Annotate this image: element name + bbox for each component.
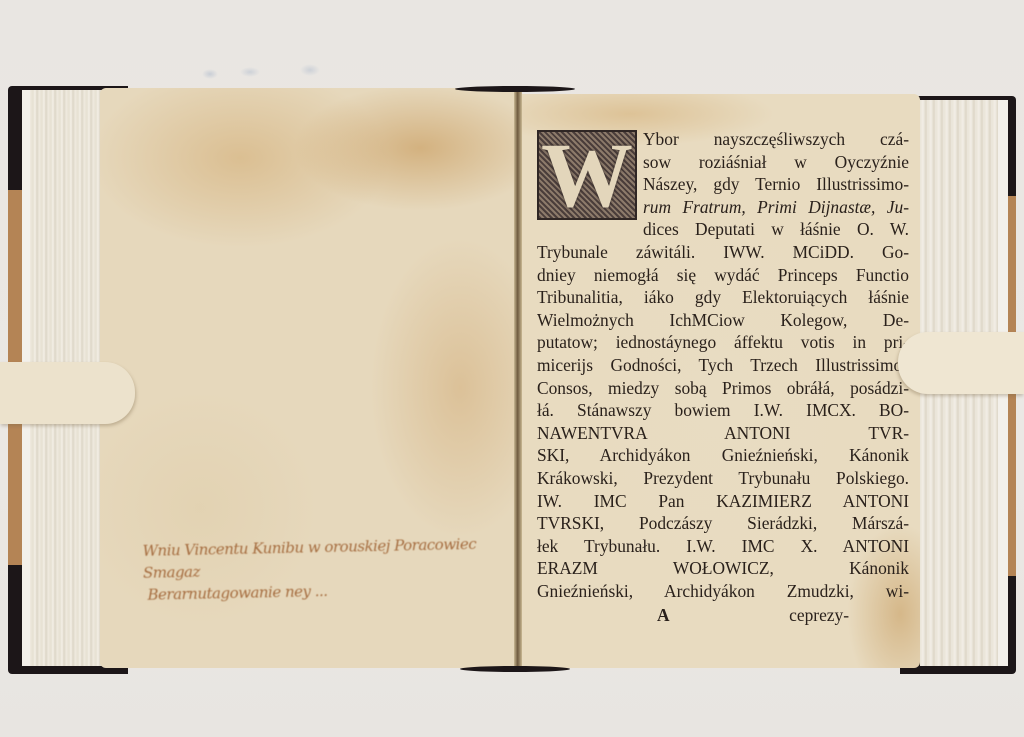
headband	[455, 86, 575, 92]
text-line: ERAZM WOŁOWICZ, Kánonik	[537, 557, 909, 580]
page-holder-left	[0, 362, 135, 424]
text-line: łá. Stánawszy bowiem I.W. IMCX. BO-	[537, 399, 909, 422]
background-smudges	[190, 64, 340, 84]
handwriting-line-1: Wniu Vincentu Kunibu w orouskiej Poracow…	[142, 532, 513, 584]
text-line: Tribunalitia, iáko gdy Elektoruiących łá…	[537, 286, 909, 309]
text-line: łek Trybunału. I.W. IMC X. ANTONI	[537, 535, 909, 558]
page-holder-right	[898, 332, 1024, 394]
printed-text-block: W Ybor nayszczęśliwszych czá- sow roziáś…	[537, 128, 909, 627]
page-footer: A ceprezy-	[537, 604, 909, 627]
tailband	[460, 666, 570, 672]
text-line: SKI, Archidyákon Gnieźnieński, Kánonik	[537, 444, 909, 467]
text-line: IW. IMC Pan KAZIMIERZ ANTONI	[537, 490, 909, 513]
text-line: Consos, miedzy sobą Primos obráłá, posád…	[537, 377, 909, 400]
text-line: Trybunale záwitáli. IWW. MCiDD. Go-	[537, 241, 909, 264]
text-line: micerijs Godności, Tych Trzech Illustris…	[537, 354, 909, 377]
text-line: dniey niemogłá się wydáć Princeps Functi…	[537, 264, 909, 287]
text-line: Wielmożnych IchMCiow Kolegow, De-	[537, 309, 909, 332]
text-line: TVRSKI, Podczászy Sierádzki, Márszá-	[537, 512, 909, 535]
text-line: Gnieźnieński, Archidyákon Zmudzki, wi-	[537, 580, 909, 603]
text-line: NAWENTVRA ANTONI TVR-	[537, 422, 909, 445]
book-gutter	[514, 88, 522, 670]
text-line: putatow; iednostáynego áffektu votis in …	[537, 331, 909, 354]
catchword: ceprezy-	[789, 604, 849, 627]
handwritten-inscription: Wniu Vincentu Kunibu w orouskiej Poracow…	[142, 532, 513, 606]
text-line: Krákowski, Prezydent Trybunału Polskiego…	[537, 467, 909, 490]
book-photograph: Wniu Vincentu Kunibu w orouskiej Poracow…	[0, 0, 1024, 737]
decorated-initial-w: W	[537, 130, 637, 220]
signature-mark: A	[657, 604, 670, 627]
